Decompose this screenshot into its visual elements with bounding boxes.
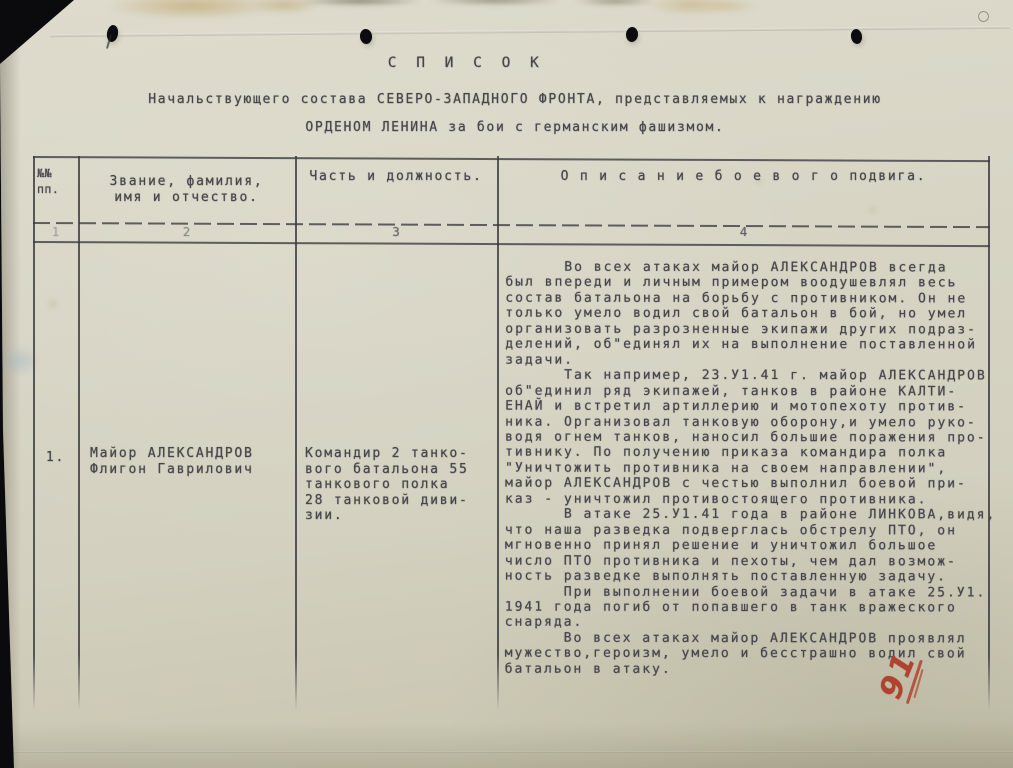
scanned-document-page: { "document": { "title": "С П И С О К", … — [0, 0, 1013, 768]
awards-table: №№ пп. Звание, фамилия, имя и отчество. … — [33, 156, 990, 714]
stain — [430, 0, 560, 5]
punch-hole — [359, 28, 373, 44]
fold-crease-top — [50, 26, 1010, 37]
paper-sheet: С П И С О К Начальствующего состава СЕВЕ… — [0, 0, 1013, 768]
row-feat-description: Во всех атаках майор АЛЕКСАНДРОВ всегда … — [505, 260, 991, 678]
subtitle-line-2: ОРДЕНОМ ЛЕНИНА за бои с германским фашиз… — [15, 120, 1013, 135]
punch-hole — [850, 28, 863, 44]
punch-hole — [625, 27, 638, 43]
row-number: 1. — [33, 450, 78, 466]
column-number-3: 3 — [295, 224, 497, 240]
document-subtitle: Начальствующего состава СЕВЕРО-ЗАПАДНОГО… — [15, 92, 1013, 135]
document-title: С П И С О К — [0, 55, 932, 71]
header-number-column: №№ пп. — [37, 165, 77, 197]
stain — [105, 0, 280, 20]
stain — [698, 0, 758, 14]
table-number-row-separator — [33, 241, 990, 247]
table-border-top — [33, 156, 990, 162]
stain — [648, 0, 733, 16]
header-unit-column: Часть и должность. — [295, 169, 497, 185]
row-unit: Командир 2 танко- вого батальона 55 танк… — [305, 446, 497, 524]
header-feat-column: О п и с а н и е б о е в о г о подвига. — [497, 169, 990, 185]
header-name-column: Звание, фамилия, имя и отчество. — [78, 174, 295, 206]
column-number-2: 2 — [78, 224, 295, 240]
column-number-4: 4 — [497, 224, 990, 240]
column-number-1: 1 — [33, 224, 78, 240]
paper-bottom-shadow — [0, 722, 1013, 768]
stain — [575, 0, 655, 6]
subtitle-line-1: Начальствующего состава СЕВЕРО-ЗАПАДНОГО… — [15, 92, 1013, 107]
punch-hole-mark — [978, 11, 989, 22]
stain — [250, 0, 320, 15]
stain — [300, 0, 420, 6]
row-name: Майор АЛЕКСАНДРОВ Флигон Гаврилович — [90, 446, 295, 478]
